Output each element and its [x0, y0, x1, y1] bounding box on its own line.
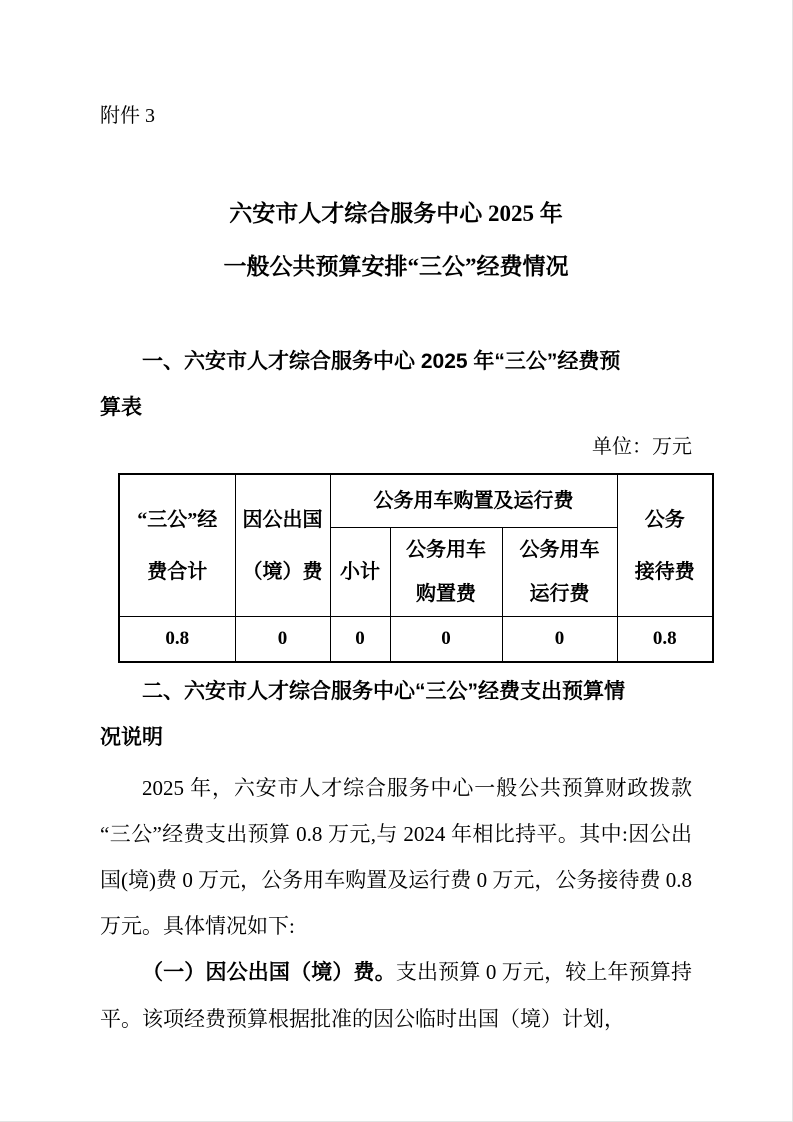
value-overseas-trips-fee: 0: [235, 617, 330, 662]
unit-note: 单位：万元: [100, 433, 692, 461]
table-header-row-top: “三公”经 费合计 因公出国 （境）费 公务用车购置及运行费 公务 接待费: [119, 474, 713, 528]
table-data-row: 0.8 0 0 0 0 0.8: [119, 617, 713, 662]
document-page: 附件 3 六安市人才综合服务中心 2025 年 一般公共预算安排“三公”经费情况…: [0, 0, 793, 1122]
header-vehicle-subtotal: 小计: [330, 528, 390, 617]
document-title-line-1: 六安市人才综合服务中心 2025 年: [100, 187, 692, 240]
item-1-paragraph: （一）因公出国（境）费。支出预算 0 万元，较上年预算持平。该项经费预算根据批准…: [100, 949, 692, 1042]
document-title-line-2: 一般公共预算安排“三公”经费情况: [100, 240, 692, 293]
header-total-expenses: “三公”经 费合计: [119, 474, 235, 617]
section-1-heading: 一、六安市人才综合服务中心 2025 年“三公”经费预 算表: [100, 339, 692, 431]
section-2-heading: 二、六安市人才综合服务中心“三公”经费支出预算情 况说明: [100, 669, 692, 761]
value-vehicle-subtotal: 0: [330, 617, 390, 662]
summary-paragraph: 2025 年，六安市人才综合服务中心一般公共预算财政拨款“三公”经费支出预算 0…: [100, 765, 692, 949]
document-title: 六安市人才综合服务中心 2025 年 一般公共预算安排“三公”经费情况: [100, 187, 692, 293]
header-vehicle-operation-fee: 公务用车 运行费: [502, 528, 617, 617]
item-1-lead: （一）因公出国（境）费。: [142, 961, 396, 984]
budget-table: “三公”经 费合计 因公出国 （境）费 公务用车购置及运行费 公务 接待费 小计…: [118, 473, 714, 663]
value-official-reception-fee: 0.8: [617, 617, 713, 662]
attachment-label: 附件 3: [100, 103, 692, 129]
header-vehicle-purchase-fee: 公务用车 购置费: [390, 528, 502, 617]
value-total-expenses: 0.8: [119, 617, 235, 662]
header-official-reception-fee: 公务 接待费: [617, 474, 713, 617]
value-vehicle-operation-fee: 0: [502, 617, 617, 662]
value-vehicle-purchase-fee: 0: [390, 617, 502, 662]
header-overseas-trips-fee: 因公出国 （境）费: [235, 474, 330, 617]
header-official-vehicle-group: 公务用车购置及运行费: [330, 474, 617, 528]
